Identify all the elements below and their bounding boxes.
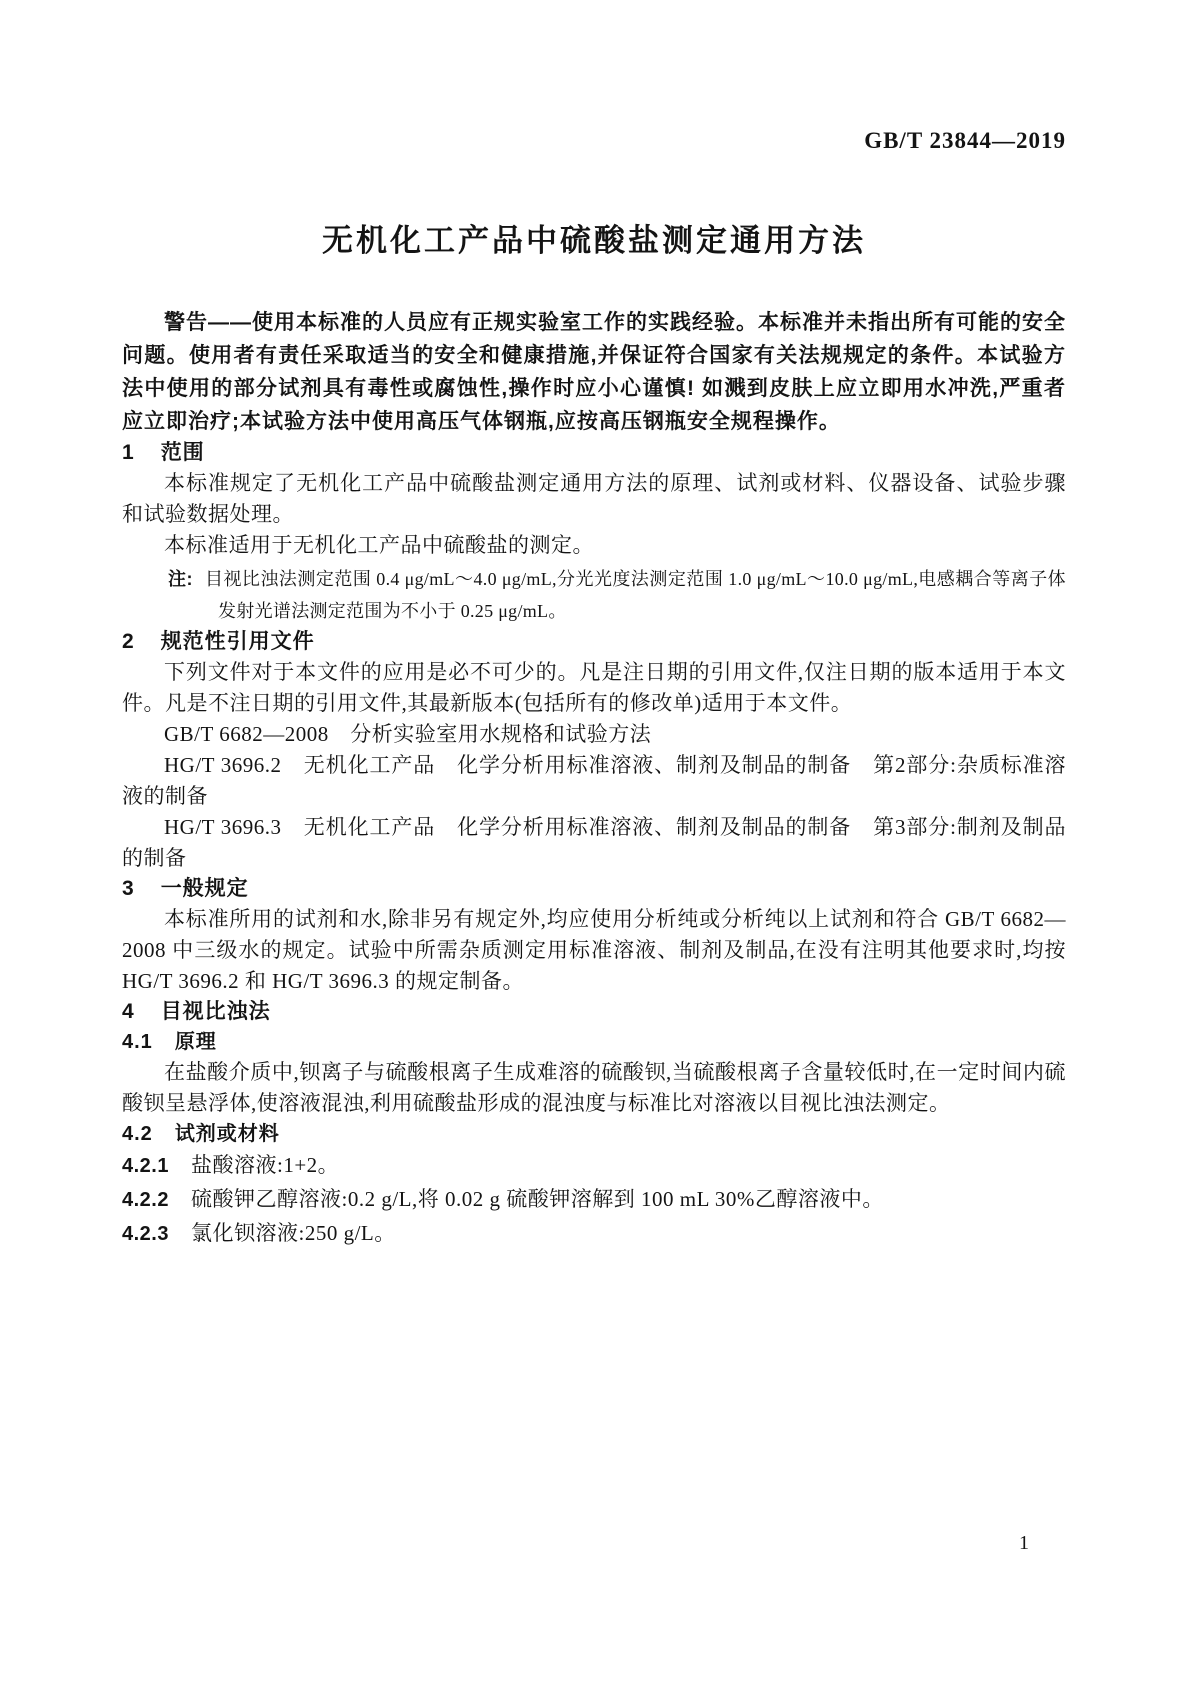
note-label: 注: — [168, 569, 193, 589]
clause-text: 氯化钡溶液:250 g/L。 — [191, 1221, 396, 1245]
section-number: 3 — [122, 874, 135, 904]
section-title: 目视比浊法 — [161, 1000, 271, 1023]
subsection-4-1-heading: 4.1原理 — [122, 1027, 1066, 1057]
clause-number: 4.2.2 — [122, 1189, 169, 1211]
document-page: GB/T 23844—2019 无机化工产品中硫酸盐测定通用方法 警告——使用本… — [0, 0, 1191, 1684]
section-number: 2 — [122, 627, 135, 657]
section-4-heading: 4目视比浊法 — [122, 997, 1066, 1027]
paragraph: 在盐酸介质中,钡离子与硫酸根离子生成难溶的硫酸钡,当硫酸根离子含量较低时,在一定… — [122, 1057, 1066, 1119]
section-1-heading: 1范围 — [122, 438, 1066, 468]
subsection-number: 4.1 — [122, 1027, 153, 1057]
clause-text: 盐酸溶液:1+2。 — [191, 1153, 339, 1177]
paragraph: 本标准所用的试剂和水,除非另有规定外,均应使用分析纯或分析纯以上试剂和符合 GB… — [122, 904, 1066, 997]
section-3-heading: 3一般规定 — [122, 874, 1066, 904]
clause-item: 4.2.2硫酸钾乙醇溶液:0.2 g/L,将 0.02 g 硫酸钾溶解到 100… — [122, 1183, 1066, 1217]
clause-text: 硫酸钾乙醇溶液:0.2 g/L,将 0.02 g 硫酸钾溶解到 100 mL 3… — [191, 1187, 884, 1211]
section-2-heading: 2规范性引用文件 — [122, 627, 1066, 657]
section-title: 范围 — [161, 441, 205, 464]
document-title: 无机化工产品中硫酸盐测定通用方法 — [122, 220, 1066, 262]
paragraph: 下列文件对于本文件的应用是必不可少的。凡是注日期的引用文件,仅注日期的版本适用于… — [122, 657, 1066, 719]
warning-paragraph: 警告——使用本标准的人员应有正规实验室工作的实践经验。本标准并未指出所有可能的安… — [122, 306, 1066, 438]
paragraph: 本标准适用于无机化工产品中硫酸盐的测定。 — [122, 530, 1066, 561]
standard-code: GB/T 23844—2019 — [122, 126, 1066, 156]
reference-item: GB/T 6682—2008 分析实验室用水规格和试验方法 — [122, 719, 1066, 750]
section-title: 一般规定 — [161, 877, 249, 900]
clause-item: 4.2.1盐酸溶液:1+2。 — [122, 1149, 1066, 1183]
clause-number: 4.2.1 — [122, 1155, 169, 1177]
section-title: 规范性引用文件 — [161, 630, 315, 653]
reference-item: HG/T 3696.2 无机化工产品 化学分析用标准溶液、制剂及制品的制备 第2… — [122, 750, 1066, 812]
section-number: 1 — [122, 438, 135, 468]
clause-item: 4.2.3氯化钡溶液:250 g/L。 — [122, 1217, 1066, 1251]
subsection-number: 4.2 — [122, 1119, 153, 1149]
page-number: 1 — [1019, 1532, 1029, 1555]
clause-number: 4.2.3 — [122, 1223, 169, 1245]
section-number: 4 — [122, 997, 135, 1027]
note: 注:目视比浊法测定范围 0.4 μg/mL～4.0 μg/mL,分光光度法测定范… — [168, 563, 1066, 627]
subsection-title: 原理 — [175, 1031, 217, 1053]
note-text: 目视比浊法测定范围 0.4 μg/mL～4.0 μg/mL,分光光度法测定范围 … — [205, 569, 1066, 621]
reference-item: HG/T 3696.3 无机化工产品 化学分析用标准溶液、制剂及制品的制备 第3… — [122, 812, 1066, 874]
paragraph: 本标准规定了无机化工产品中硫酸盐测定通用方法的原理、试剂或材料、仪器设备、试验步… — [122, 468, 1066, 530]
subsection-4-2-heading: 4.2试剂或材料 — [122, 1119, 1066, 1149]
subsection-title: 试剂或材料 — [175, 1123, 280, 1145]
